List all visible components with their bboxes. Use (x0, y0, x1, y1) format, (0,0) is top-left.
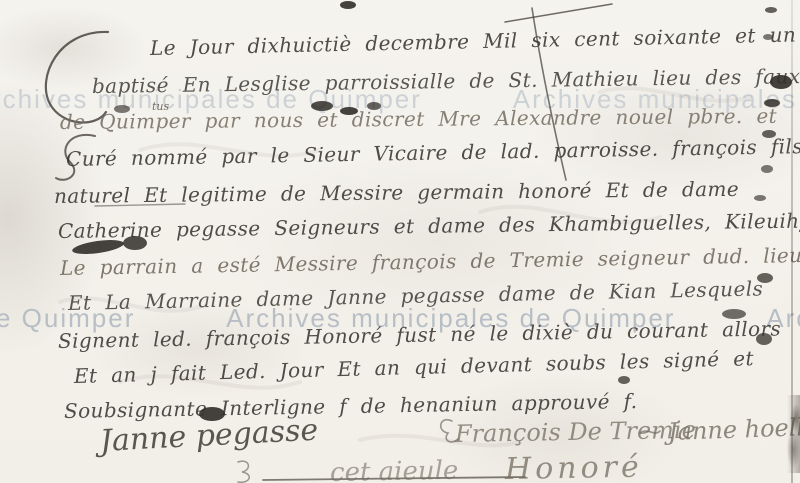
manuscript-line-1: Le Jour dixhuictiè decembre Mil six cent… (150, 21, 800, 60)
manuscript-page: rchives municipales de Quimper Archives … (0, 0, 800, 483)
cross-stroke (505, 4, 612, 22)
manuscript-line-2: baptisé En Lesglise parroissialle de St.… (92, 63, 800, 98)
manuscript-line-10: Et an j fait Led. Jour Et an qui devant … (74, 346, 755, 388)
manuscript-line-8: Et La Marraine dame Janne pegasse dame d… (68, 276, 764, 315)
ink-blot (618, 376, 630, 384)
page-edge-shadow (787, 395, 800, 473)
bottom-paraph (238, 461, 249, 482)
signature-janne-hoelle: Janne hoelle (668, 413, 800, 446)
manuscript-line-6: Catherine pegasse Seigneurs et dame des … (58, 208, 800, 243)
manuscript-line-5: naturel Et legitime de Messire germain h… (54, 177, 739, 208)
manuscript-line-7: Le parrain a esté Messire françois de Tr… (60, 243, 800, 280)
ink-blot (761, 165, 773, 173)
manuscript-line-4: Curé nommé par le Sieur Vicaire de lad. … (66, 134, 800, 171)
ink-blot (754, 195, 766, 201)
signature-partial-aieule: cet aieule (330, 456, 459, 483)
ink-blot (765, 7, 777, 13)
interline-note: tus (152, 100, 169, 113)
signature-partial-honore: Honoré (505, 450, 643, 483)
ink-blot (340, 1, 356, 9)
signature-francois-de-tremie: François De Tremie (455, 416, 696, 448)
